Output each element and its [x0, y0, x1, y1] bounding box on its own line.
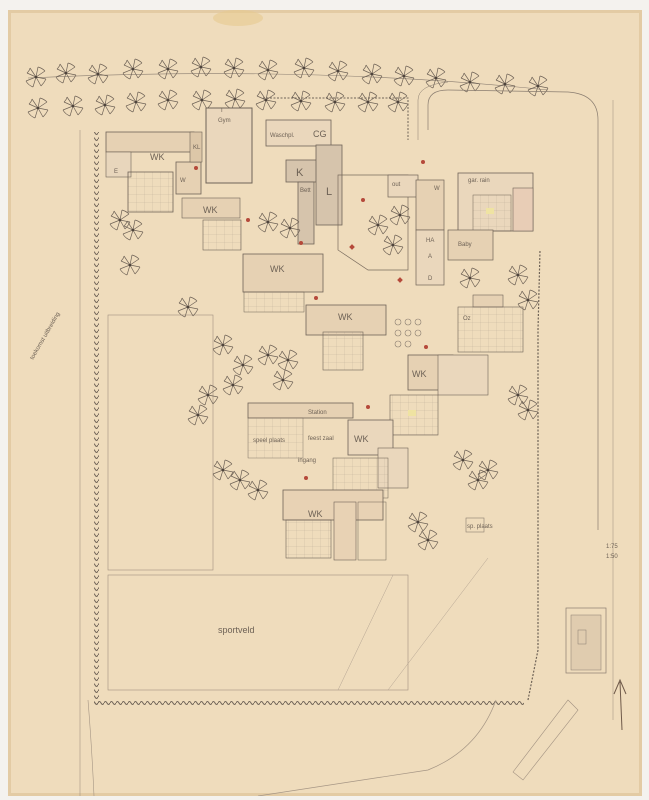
- svg-text:WK: WK: [338, 312, 353, 322]
- svg-text:feest zaal: feest zaal: [308, 436, 334, 442]
- svg-text:D: D: [428, 276, 433, 282]
- scale-note-1: 1:75: [606, 544, 618, 550]
- svg-text:K: K: [296, 167, 304, 179]
- svg-text:WK: WK: [203, 205, 218, 215]
- svg-text:L: L: [326, 186, 332, 198]
- svg-text:sp. plaats: sp. plaats: [467, 524, 493, 530]
- inset-sketch: [566, 608, 606, 673]
- svg-text:HA: HA: [426, 238, 434, 244]
- svg-text:KL: KL: [193, 145, 201, 151]
- label-sportveld: sportveld: [218, 625, 255, 635]
- site-plan-drawing: sportveld WK KL Gym T E WK W Waschpl. CG…: [8, 10, 642, 796]
- svg-text:Station: Station: [308, 410, 327, 416]
- scale-note-2: 1:50: [606, 554, 618, 560]
- svg-text:WK: WK: [308, 509, 323, 519]
- svg-text:E: E: [114, 169, 118, 175]
- svg-text:out: out: [392, 182, 401, 188]
- svg-text:ingang: ingang: [298, 458, 316, 464]
- svg-text:W: W: [434, 186, 440, 192]
- svg-text:speel plaats: speel plaats: [253, 438, 285, 444]
- svg-text:WK: WK: [270, 264, 285, 274]
- svg-text:Bett: Bett: [300, 188, 311, 194]
- svg-text:W: W: [180, 178, 186, 184]
- svg-text:Gym: Gym: [218, 118, 231, 124]
- svg-text:Oz: Oz: [463, 316, 471, 322]
- svg-text:CG: CG: [313, 129, 327, 139]
- svg-text:WK: WK: [354, 434, 369, 444]
- svg-text:Waschpl.: Waschpl.: [270, 133, 295, 139]
- svg-text:gar. rain: gar. rain: [468, 178, 490, 184]
- svg-text:A: A: [428, 254, 432, 260]
- svg-text:WK: WK: [412, 369, 427, 379]
- svg-text:Baby: Baby: [458, 242, 472, 248]
- svg-text:WK: WK: [150, 152, 165, 162]
- svg-text:T: T: [220, 108, 224, 114]
- drawing-sheet: sportveld WK KL Gym T E WK W Waschpl. CG…: [8, 10, 642, 796]
